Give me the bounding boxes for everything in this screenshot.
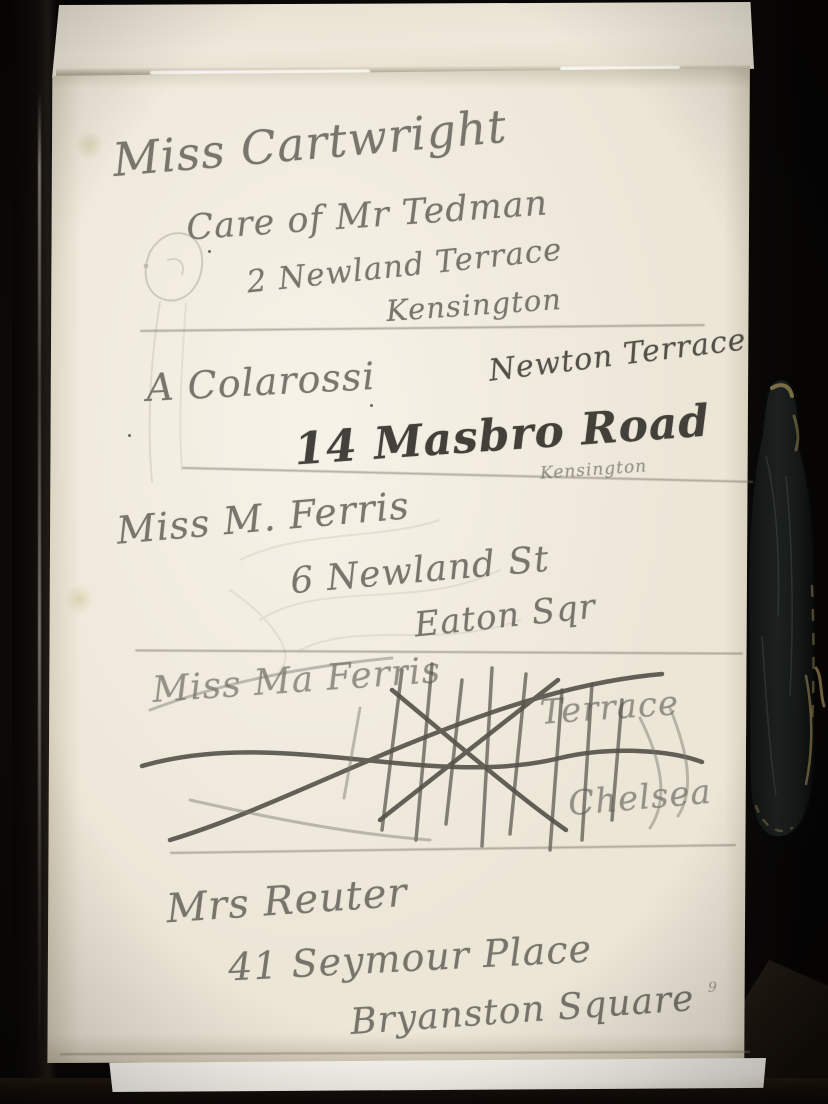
scribble-crossout bbox=[130, 648, 730, 863]
next-page-white-edge bbox=[106, 1058, 766, 1092]
paper-stain bbox=[76, 128, 102, 162]
faint-figure-sketch bbox=[88, 218, 248, 498]
paper-speck bbox=[370, 404, 373, 407]
clasp-body bbox=[748, 379, 814, 837]
cover-edge-highlight bbox=[38, 90, 41, 1070]
paper-stain bbox=[64, 584, 94, 614]
sketchbook-photo: Miss Cartwright Care of Mr Tedman 2 Newl… bbox=[0, 0, 828, 1104]
clasp-strap bbox=[736, 376, 828, 860]
page-number-mark: 9 bbox=[708, 980, 717, 996]
